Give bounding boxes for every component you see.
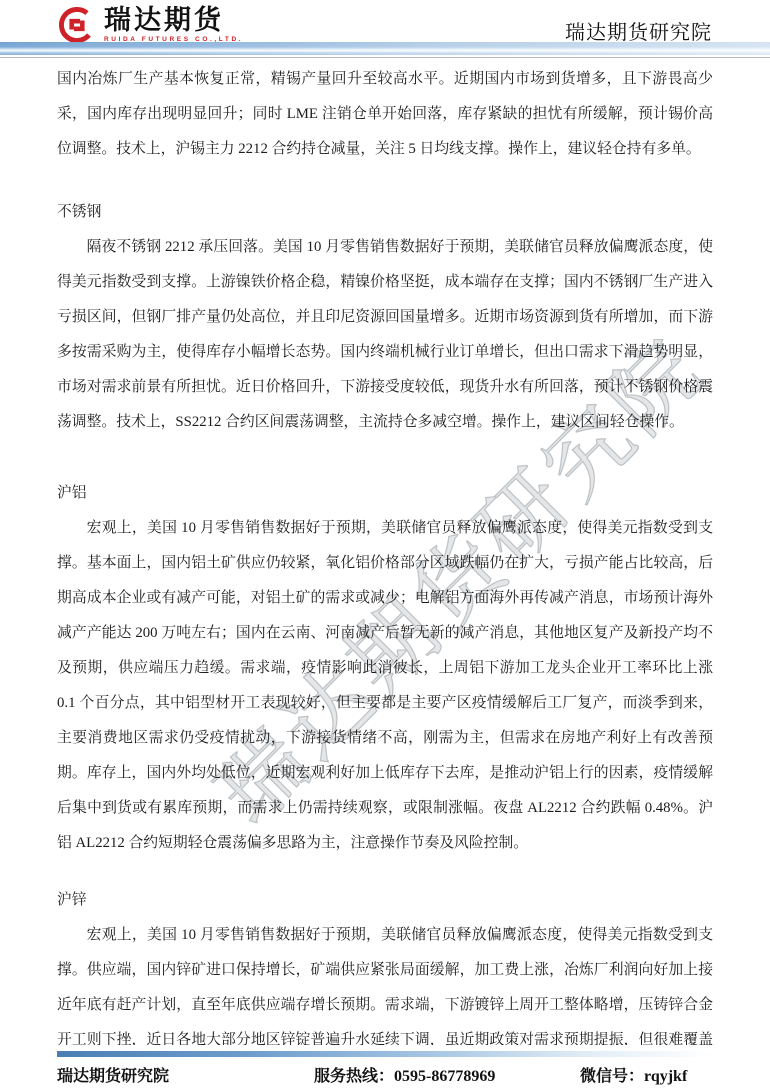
footer-org: 瑞达期货研究院 <box>57 1063 169 1086</box>
footer-wechat: 微信号：rqyjkf <box>580 1063 687 1086</box>
institute-title: 瑞达期货研究院 <box>565 16 712 45</box>
ruida-logo-icon <box>56 6 98 44</box>
page-footer: 瑞达期货研究院 服务热线：0595-86778969 微信号：rqyjkf <box>0 1045 770 1090</box>
brand-text: 瑞达期货 RUIDA FUTURES CO.,LTD. <box>104 6 243 43</box>
header-gradient-bar <box>0 42 770 55</box>
page-header: 瑞达期货 RUIDA FUTURES CO.,LTD. 瑞达期货研究院 <box>0 0 770 58</box>
section-body: 隔夜不锈钢 2212 承压回落。美国 10 月零售销售数据好于预期，美联储官员释… <box>57 230 713 440</box>
section-aluminum: 沪铝 宏观上，美国 10 月零售销售数据好于预期，美联储官员释放偏鹰派态度，使得… <box>57 476 713 861</box>
footer-gradient-bar <box>57 1051 713 1057</box>
section-heading: 沪铝 <box>57 476 713 511</box>
section-body: 宏观上，美国 10 月零售销售数据好于预期，美联储官员释放偏鹰派态度，使得美元指… <box>57 511 713 861</box>
section-body: 国内冶炼厂生产基本恢复正常，精锡产量回升至较高水平。近期国内市场到货增多，且下游… <box>57 62 713 167</box>
report-content: 国内冶炼厂生产基本恢复正常，精锡产量回升至较高水平。近期国内市场到货增多，且下游… <box>57 58 713 1050</box>
brand-name: 瑞达期货 <box>104 6 243 34</box>
section-heading: 沪锌 <box>57 883 713 918</box>
footer-hotline: 服务热线：0595-86778969 <box>314 1063 495 1086</box>
header-divider-line <box>0 57 770 58</box>
section-stainless-steel: 不锈钢 隔夜不锈钢 2212 承压回落。美国 10 月零售销售数据好于预期，美联… <box>57 195 713 440</box>
report-page: 瑞达期货 RUIDA FUTURES CO.,LTD. 瑞达期货研究院 瑞达期货… <box>0 0 770 1090</box>
footer-row: 瑞达期货研究院 服务热线：0595-86778969 微信号：rqyjkf <box>0 1063 770 1087</box>
section-tin: 国内冶炼厂生产基本恢复正常，精锡产量回升至较高水平。近期国内市场到货增多，且下游… <box>57 62 713 167</box>
brand-logo: 瑞达期货 RUIDA FUTURES CO.,LTD. <box>56 6 243 44</box>
section-zinc: 沪锌 宏观上，美国 10 月零售销售数据好于预期，美联储官员释放偏鹰派态度，使得… <box>57 883 713 1050</box>
section-heading: 不锈钢 <box>57 195 713 230</box>
section-body: 宏观上，美国 10 月零售销售数据好于预期，美联储官员释放偏鹰派态度，使得美元指… <box>57 918 713 1050</box>
